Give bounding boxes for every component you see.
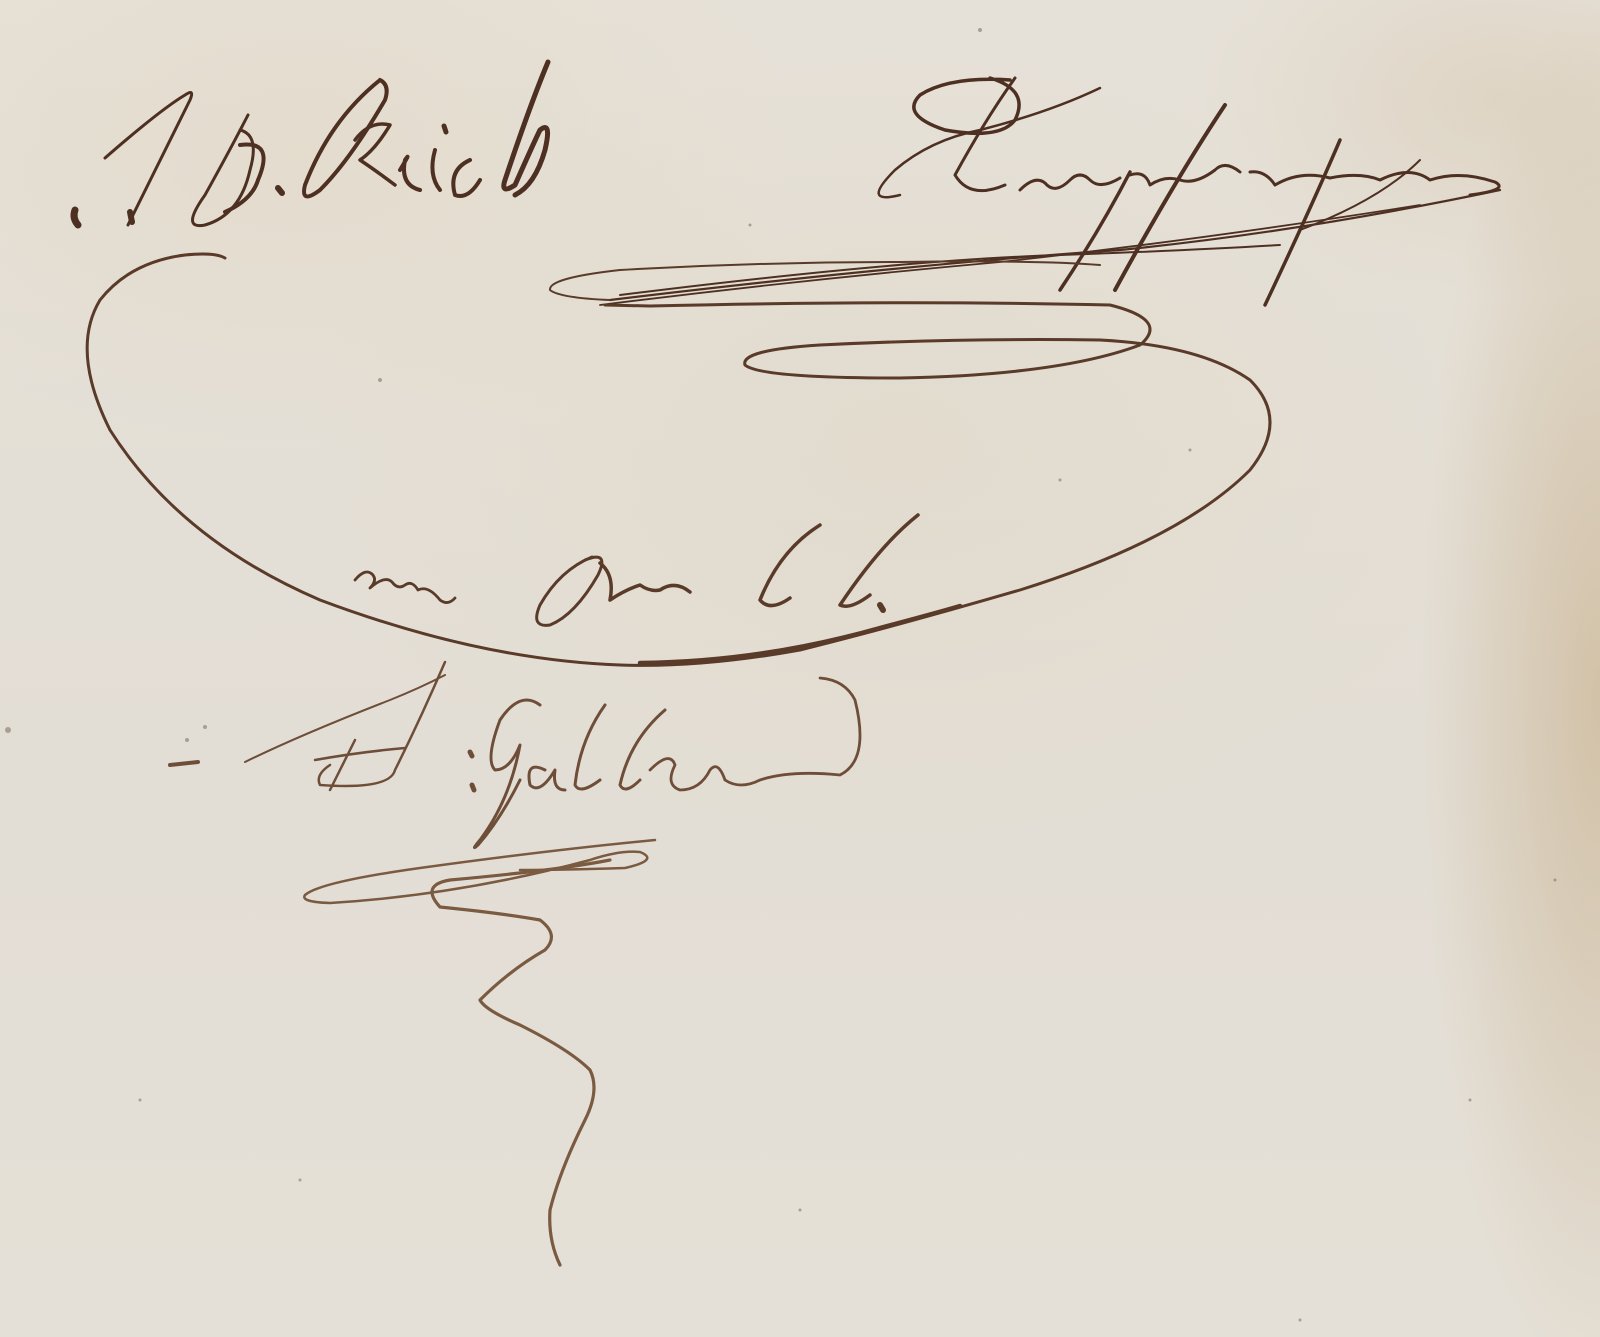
- signature-name-ink: [74, 62, 548, 226]
- document-page: J. B. Reich Buchhändler am Markt. St: Ga…: [0, 0, 1600, 1337]
- city-ink: [170, 662, 860, 848]
- handwriting-ink: [0, 0, 1600, 1337]
- signature-title-ink: [600, 78, 1500, 305]
- city-paraph-ink: [304, 840, 655, 1265]
- place-ink: [355, 515, 918, 625]
- paraph-loop-ink: [87, 254, 1270, 665]
